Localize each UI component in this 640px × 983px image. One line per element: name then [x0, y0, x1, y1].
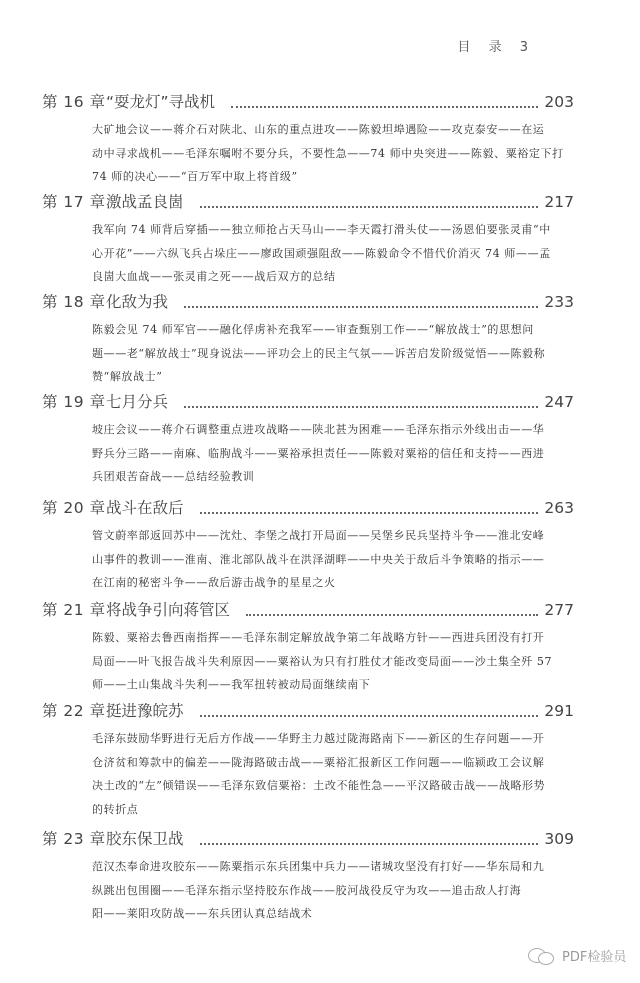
- summary-line: 大矿地会议——蒋介石对陕北、山东的重点进攻——陈毅坦埠遇险——攻克泰安——在运: [92, 118, 547, 142]
- chapter-heading[interactable]: 第 16 章 “耍龙灯”寻战机 203: [42, 90, 574, 112]
- running-head-section2: 录: [489, 40, 502, 55]
- summary-line: 管文蔚率部返回苏中——沈灶、李堡之战打开局面——吴堡乡民兵坚持斗争——淮北安峰: [92, 524, 547, 548]
- dot-leader: [200, 206, 539, 208]
- summary-line: 纵跳出包围圈——毛泽东指示坚持胶东作战——胶河战役反守为攻——追击敌人打海: [92, 879, 547, 903]
- summary-line: 赞“解放战士”: [92, 365, 547, 389]
- summary-line: 我军向 74 师背后穿插——独立师抢占天马山——李天霞打滑头仗——汤恩伯要张灵甫…: [92, 218, 547, 242]
- dot-leader: [184, 306, 538, 308]
- summary-line: 师——土山集战斗失利——我军扭转被动局面继续南下: [92, 673, 547, 697]
- chapter-number: 第 21 章: [42, 598, 106, 620]
- chapter-heading[interactable]: 第 19 章 七月分兵 247: [42, 390, 574, 412]
- running-head: 目 录 3: [443, 36, 528, 55]
- chapter-page-number[interactable]: 233: [544, 293, 574, 311]
- dot-leader: [246, 614, 538, 616]
- dot-leader: [184, 406, 538, 408]
- summary-line: 决土改的“左”倾错误——毛泽东致信粟裕：土改不能性急——平汉路破击战——战略形势: [92, 774, 547, 798]
- summary-line: 阳——莱阳攻防战——东兵团认真总结战术: [92, 902, 547, 926]
- watermark-text: PDF检验员: [562, 946, 626, 965]
- chapter-summary: 我军向 74 师背后穿插——独立师抢占天马山——李天霞打滑头仗——汤恩伯要张灵甫…: [92, 218, 547, 289]
- running-head-section: 目: [457, 40, 470, 55]
- watermark: PDF检验员: [528, 946, 626, 965]
- chapter-number: 第 20 章: [42, 496, 106, 518]
- summary-line: 毛泽东鼓励华野进行无后方作战——华野主力越过陇海路南下——新区的生存问题——开: [92, 727, 547, 751]
- chapter-summary: 大矿地会议——蒋介石对陕北、山东的重点进攻——陈毅坦埠遇险——攻克泰安——在运 …: [92, 118, 547, 189]
- chapter-summary: 陈毅、粟裕去鲁西南指挥——毛泽东制定解放战争第二年战略方针——西进兵团没有打开 …: [92, 626, 547, 697]
- chapter-page-number[interactable]: 291: [544, 702, 574, 720]
- dot-leader: [200, 843, 539, 845]
- chapter-page-number[interactable]: 217: [544, 193, 574, 211]
- chapter-page-number[interactable]: 277: [544, 601, 574, 619]
- summary-line: 动中寻求战机——毛泽东嘱咐不要分兵，不要性急——74 师中央突进——陈毅、粟裕定…: [92, 142, 547, 166]
- chapter-title[interactable]: 激战孟良崮: [106, 190, 190, 212]
- chapter-heading[interactable]: 第 17 章 激战孟良崮 217: [42, 190, 574, 212]
- chapter-heading[interactable]: 第 20 章 战斗在敌后 263: [42, 496, 574, 518]
- summary-line: 陈毅、粟裕去鲁西南指挥——毛泽东制定解放战争第二年战略方针——西进兵团没有打开: [92, 626, 547, 650]
- chapter-number: 第 17 章: [42, 190, 106, 212]
- summary-line: 野兵分三路——南麻、临朐战斗——粟裕承担责任——陈毅对粟裕的信任和支持——西进: [92, 442, 547, 466]
- summary-line: 心开花”——六纵飞兵占垛庄——廖政国顽强阻敌——陈毅命令不惜代价消灭 74 师—…: [92, 242, 547, 266]
- chapter-number: 第 22 章: [42, 699, 106, 721]
- chapter-heading[interactable]: 第 18 章 化敌为我 233: [42, 290, 574, 312]
- chapter-title[interactable]: 化敌为我: [106, 290, 174, 312]
- chapter-heading[interactable]: 第 21 章 将战争引向蒋管区 277: [42, 598, 574, 620]
- chapter-title[interactable]: 胶东保卫战: [106, 827, 190, 849]
- summary-line: 74 师的决心——“百万军中取上将首级”: [92, 165, 547, 189]
- chapter-title[interactable]: “耍龙灯”寻战机: [106, 90, 221, 112]
- chapter-number: 第 16 章: [42, 90, 106, 112]
- summary-line: 坡庄会议——蒋介石调整重点进攻战略——陕北甚为困难——毛泽东指示外线出击——华: [92, 418, 547, 442]
- chapter-title[interactable]: 七月分兵: [106, 390, 174, 412]
- chapter-title[interactable]: 挺进豫皖苏: [106, 699, 190, 721]
- chapter-page-number[interactable]: 263: [544, 499, 574, 517]
- summary-line: 良崮大血战——张灵甫之死——战后双方的总结: [92, 265, 547, 289]
- chapter-page-number[interactable]: 247: [544, 393, 574, 411]
- summary-line: 在江南的秘密斗争——敌后游击战争的星星之火: [92, 571, 547, 595]
- chapter-summary: 陈毅会见 74 师军官——融化俘虏补充我军——审查甄别工作——“解放战士”的思想…: [92, 318, 547, 389]
- chapter-summary: 范汉杰奉命进攻胶东——陈粟指示东兵团集中兵力——诸城攻坚没有打好——华东局和九 …: [92, 855, 547, 926]
- summary-line: 题——老“解放战士”现身说法——评功会上的民主气氛——诉苦启发阶级觉悟——陈毅称: [92, 342, 547, 366]
- chapter-summary: 管文蔚率部返回苏中——沈灶、李堡之战打开局面——吴堡乡民兵坚持斗争——淮北安峰 …: [92, 524, 547, 595]
- summary-line: 山事件的教训——淮南、淮北部队战斗在洪泽湖畔——中央关于敌后斗争策略的指示——: [92, 548, 547, 572]
- chapter-title[interactable]: 战斗在敌后: [106, 496, 190, 518]
- summary-line: 仓济贫和筹款中的偏差——陇海路破击战——粟裕汇报新区工作问题——临颍政工会议解: [92, 751, 547, 775]
- summary-line: 陈毅会见 74 师军官——融化俘虏补充我军——审查甄别工作——“解放战士”的思想…: [92, 318, 547, 342]
- summary-line: 兵团艰苦奋战——总结经验教训: [92, 465, 547, 489]
- chapter-summary: 毛泽东鼓励华野进行无后方作战——华野主力越过陇海路南下——新区的生存问题——开 …: [92, 727, 547, 821]
- dot-leader: [231, 106, 538, 108]
- chapter-page-number[interactable]: 203: [544, 93, 574, 111]
- dot-leader: [200, 715, 539, 717]
- dot-leader: [200, 512, 539, 514]
- chapter-summary: 坡庄会议——蒋介石调整重点进攻战略——陕北甚为困难——毛泽东指示外线出击——华 …: [92, 418, 547, 489]
- chapter-number: 第 19 章: [42, 390, 106, 412]
- summary-line: 局面——叶飞报告战斗失利原因——粟裕认为只有打胜仗才能改变局面——沙土集全歼 5…: [92, 650, 547, 674]
- chapter-page-number[interactable]: 309: [544, 830, 574, 848]
- summary-line: 范汉杰奉命进攻胶东——陈粟指示东兵团集中兵力——诸城攻坚没有打好——华东局和九: [92, 855, 547, 879]
- wechat-icon: [528, 947, 558, 965]
- chapter-title[interactable]: 将战争引向蒋管区: [106, 598, 236, 620]
- chapter-number: 第 18 章: [42, 290, 106, 312]
- chapter-number: 第 23 章: [42, 827, 106, 849]
- summary-line: 的转折点: [92, 798, 547, 822]
- chapter-heading[interactable]: 第 22 章 挺进豫皖苏 291: [42, 699, 574, 721]
- chapter-heading[interactable]: 第 23 章 胶东保卫战 309: [42, 827, 574, 849]
- running-head-page-number: 3: [520, 40, 528, 55]
